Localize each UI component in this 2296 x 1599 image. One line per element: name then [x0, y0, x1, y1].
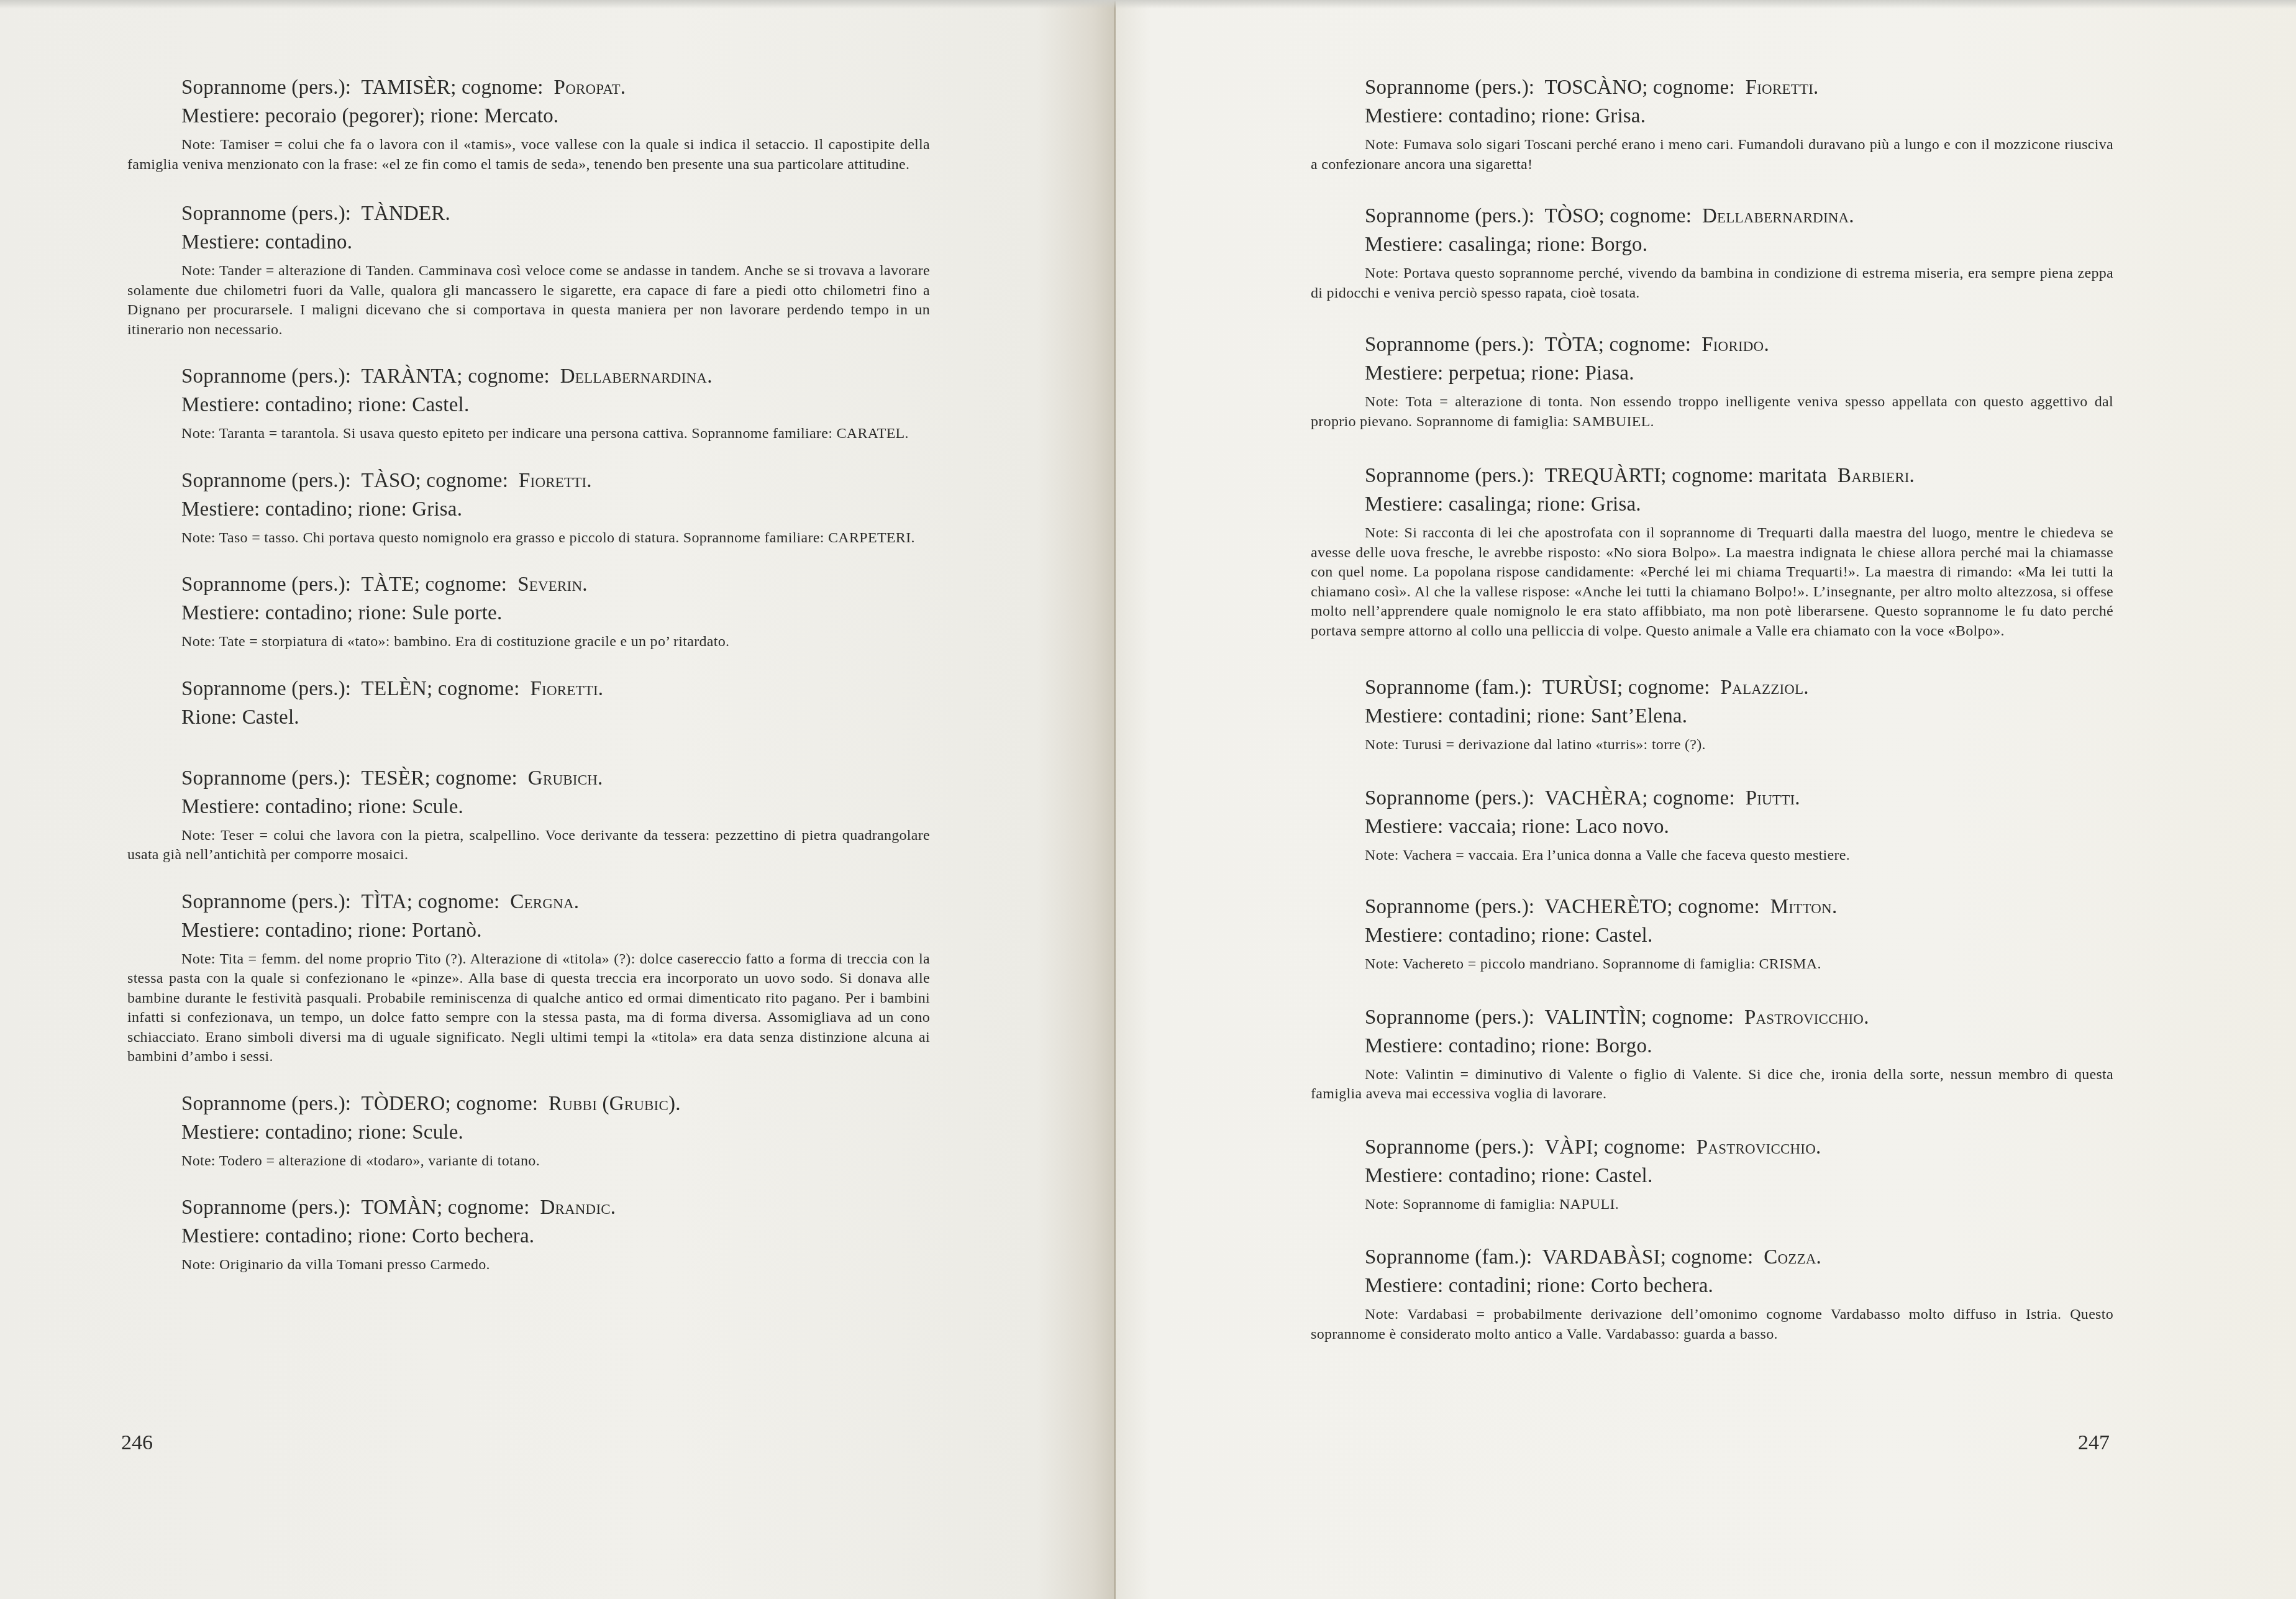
entry-details: Mestiere: contadino; rione: Portanò.	[127, 916, 930, 945]
page-left: Soprannome (pers.): TAMISÈR; cognome: Po…	[0, 0, 1115, 1599]
entry-nickname: VACHERÈTO;	[1545, 896, 1673, 918]
entry-heading: Soprannome (pers.): TÌTA; cognome: Cergn…	[127, 888, 930, 916]
entry-label: Soprannome (pers.):	[1365, 76, 1534, 99]
entry-note: Note: Tander = alterazione di Tanden. Ca…	[127, 262, 930, 340]
entry: Soprannome (fam.): VARDABÀSI; cognome: C…	[1311, 1243, 2113, 1344]
entry: Soprannome (pers.): TESÈR; cognome: Grub…	[127, 764, 930, 865]
entry-surname-wrap: cognome: Fioretti.	[421, 470, 592, 492]
entry-nickname: TELÈN;	[362, 678, 433, 700]
entry: Soprannome (pers.): TOMÀN; cognome: Dran…	[127, 1193, 930, 1275]
entry-surname: Fioretti	[1746, 76, 1813, 99]
entry-details: Mestiere: contadino; rione: Grisa.	[1311, 102, 2113, 130]
entry-heading: Soprannome (pers.): TÀTE; cognome: Sever…	[127, 570, 930, 599]
entry-heading: Soprannome (fam.): VARDABÀSI; cognome: C…	[1311, 1243, 2113, 1272]
entry-heading: Soprannome (pers.): TESÈR; cognome: Grub…	[127, 764, 930, 793]
entry-label: Soprannome (pers.):	[1365, 205, 1534, 227]
entry-heading: Soprannome (pers.): TREQUÀRTI; cognome: …	[1311, 462, 2113, 490]
entry-surname-wrap: cognome: Poropat.	[457, 76, 626, 99]
entry-note: Note: Turusi = derivazione dal latino «t…	[1311, 736, 2113, 755]
page-number: 247	[2078, 1431, 2110, 1455]
entry-note: Note: Soprannome di famiglia: NAPULI.	[1311, 1195, 2113, 1215]
entry-details: Mestiere: contadino.	[127, 228, 930, 257]
entry: Soprannome (pers.): TÒSO; cognome: Della…	[1311, 202, 2113, 303]
entry-label: Soprannome (pers.):	[1365, 787, 1534, 809]
entry-details: Rione: Castel.	[127, 703, 930, 732]
entry-heading: Soprannome (pers.): TARÀNTA; cognome: De…	[127, 362, 930, 391]
entry-heading: Soprannome (fam.): TURÙSI; cognome: Pala…	[1311, 673, 2113, 702]
entry-note: Note: Tita = femm. del nome proprio Tito…	[127, 950, 930, 1067]
entry-note: Note: Tota = alterazione di tonta. Non e…	[1311, 393, 2113, 432]
entry-note: Note: Teser = colui che lavora con la pi…	[127, 826, 930, 865]
entry-surname-wrap: cognome: Dellabernardina.	[1605, 205, 1854, 227]
entry-label: Soprannome (fam.):	[1365, 676, 1532, 699]
entry-details: Mestiere: vaccaia; rione: Laco novo.	[1311, 813, 2113, 841]
entry-surname: Barbieri	[1838, 465, 1910, 487]
entry-surname-wrap: cognome: Fiorido.	[1604, 334, 1769, 356]
entry-surname-wrap: cognome: Piutti.	[1648, 787, 1800, 809]
entry-note: Note: Taso = tasso. Chi portava questo n…	[127, 529, 930, 549]
entry-note: Note: Tamiser = colui che fa o lavora co…	[127, 135, 930, 175]
entry-surname: Dellabernardina	[560, 365, 707, 388]
entry-note: Note: Vachereto = piccolo mandriano. Sop…	[1311, 955, 2113, 975]
entry-surname: Rubbi (Grubic)	[549, 1093, 675, 1115]
entry-surname: Cozza	[1764, 1246, 1816, 1269]
entry-heading: Soprannome (pers.): TOSCÀNO; cognome: Fi…	[1311, 73, 2113, 102]
entry-surname-wrap: cognome: Dellabernardina.	[463, 365, 713, 388]
scan-edge-shadow	[0, 0, 2296, 9]
entry-heading: Soprannome (pers.): TAMISÈR; cognome: Po…	[127, 73, 930, 102]
entry-surname-wrap: cognome: Mitton.	[1673, 896, 1838, 918]
entry-note: Note: Todero = alterazione di «todaro», …	[127, 1152, 930, 1172]
entry: Soprannome (pers.): TARÀNTA; cognome: De…	[127, 362, 930, 444]
entry-label: Soprannome (pers.):	[1365, 465, 1534, 487]
entry-details: Mestiere: contadino; rione: Grisa.	[127, 495, 930, 524]
book-spread: Soprannome (pers.): TAMISÈR; cognome: Po…	[0, 0, 2296, 1599]
entry-label: Soprannome (pers.):	[1365, 896, 1534, 918]
entry-label: Soprannome (pers.):	[1365, 334, 1534, 356]
entry-label: Soprannome (fam.):	[1365, 1246, 1532, 1269]
entry-surname-wrap: cognome: Fioretti.	[1648, 76, 1819, 99]
entry-surname: Fiorido	[1701, 334, 1764, 356]
entry: Soprannome (pers.): TÀNDER. Mestiere: co…	[127, 199, 930, 340]
entry-nickname: TOSCÀNO;	[1545, 76, 1648, 99]
entry-details: Mestiere: contadino; rione: Castel.	[127, 391, 930, 419]
entry-nickname: VÀPI;	[1545, 1136, 1599, 1159]
entry-surname: Piutti	[1746, 787, 1795, 809]
entry-nickname: TESÈR;	[362, 767, 430, 790]
entry: Soprannome (pers.): VALINTÌN; cognome: P…	[1311, 1003, 2113, 1105]
entry-surname-wrap: cognome: Grubich.	[430, 767, 603, 790]
entry-surname-wrap: cognome: Rubbi (Grubic).	[451, 1093, 681, 1115]
entry-label: Soprannome (pers.):	[181, 1196, 351, 1219]
entry: Soprannome (pers.): TELÈN; cognome: Fior…	[127, 675, 930, 732]
entry-nickname: VARDABÀSI;	[1542, 1246, 1666, 1269]
entry-nickname: TREQUÀRTI;	[1545, 465, 1667, 487]
entry-heading: Soprannome (pers.): VÀPI; cognome: Pastr…	[1311, 1133, 2113, 1162]
entry-surname-wrap: cognome: Cozza.	[1666, 1246, 1821, 1269]
entry-label: Soprannome (pers.):	[181, 203, 351, 225]
entry-heading: Soprannome (pers.): VACHERÈTO; cognome: …	[1311, 893, 2113, 921]
entry-note: Note: Originario da villa Tomani presso …	[127, 1255, 930, 1275]
entry: Soprannome (pers.): TÀTE; cognome: Sever…	[127, 570, 930, 652]
entry: Soprannome (fam.): TURÙSI; cognome: Pala…	[1311, 673, 2113, 755]
entry-details: Mestiere: contadini; rione: Sant’Elena.	[1311, 702, 2113, 731]
entry-details: Mestiere: contadino; rione: Castel.	[1311, 921, 2113, 950]
entry-surname: Fioretti	[530, 678, 598, 700]
entry-note: Note: Tate = storpiatura di «tato»: bamb…	[127, 632, 930, 652]
entry-nickname: TOMÀN;	[362, 1196, 443, 1219]
entry-nickname: TARÀNTA;	[362, 365, 463, 388]
entry-heading: Soprannome (pers.): TÒTA; cognome: Fiori…	[1311, 330, 2113, 359]
entry: Soprannome (pers.): TÌTA; cognome: Cergn…	[127, 888, 930, 1067]
entry-nickname: TÌTA;	[362, 891, 413, 913]
entry: Soprannome (pers.): VACHÈRA; cognome: Pi…	[1311, 784, 2113, 866]
book-spine	[1114, 0, 1116, 1599]
entry-heading: Soprannome (pers.): VACHÈRA; cognome: Pi…	[1311, 784, 2113, 813]
entry-surname: Pastrovicchio	[1697, 1136, 1816, 1159]
entry-surname: Drandic	[540, 1196, 610, 1219]
entry-label: Soprannome (pers.):	[1365, 1136, 1534, 1159]
entry-surname: Cergna	[510, 891, 573, 913]
entry-heading: Soprannome (pers.): TÒSO; cognome: Della…	[1311, 202, 2113, 230]
entry-heading: Soprannome (pers.): TOMÀN; cognome: Dran…	[127, 1193, 930, 1222]
entry-surname: Pastrovicchio	[1744, 1006, 1864, 1029]
entry-surname-wrap: cognome: Cergna.	[412, 891, 579, 913]
entry-nickname: TÀNDER.	[362, 203, 450, 225]
page-right: Soprannome (pers.): TOSCÀNO; cognome: Fi…	[1115, 0, 2296, 1599]
entry: Soprannome (pers.): TÀSO; cognome: Fiore…	[127, 467, 930, 549]
page-number: 246	[121, 1431, 153, 1455]
entry-surname-wrap: cognome: Pastrovicchio.	[1647, 1006, 1869, 1029]
entry-label: Soprannome (pers.):	[181, 470, 351, 492]
entry-surname-wrap: cognome: maritata Barbieri.	[1667, 465, 1915, 487]
entry-heading: Soprannome (pers.): TÀNDER.	[127, 199, 930, 228]
entry-details: Mestiere: casalinga; rione: Borgo.	[1311, 230, 2113, 259]
entry-note: Note: Taranta = tarantola. Si usava ques…	[127, 424, 930, 444]
entry-label: Soprannome (pers.):	[181, 767, 351, 790]
entry: Soprannome (pers.): TÒDERO; cognome: Rub…	[127, 1090, 930, 1172]
entry-surname: Poropat	[554, 76, 621, 99]
entry-nickname: TURÙSI;	[1542, 676, 1623, 699]
entry-heading: Soprannome (pers.): VALINTÌN; cognome: P…	[1311, 1003, 2113, 1032]
entry-details: Mestiere: perpetua; rione: Piasa.	[1311, 359, 2113, 388]
entry-details: Mestiere: pecoraio (pegorer); rione: Mer…	[127, 102, 930, 130]
entry-details: Mestiere: casalinga; rione: Grisa.	[1311, 490, 2113, 519]
entry-surname-wrap: cognome: Drandic.	[442, 1196, 616, 1219]
entry-label: Soprannome (pers.):	[181, 678, 351, 700]
entry: Soprannome (pers.): TREQUÀRTI; cognome: …	[1311, 462, 2113, 641]
entry-details: Mestiere: contadino; rione: Borgo.	[1311, 1032, 2113, 1060]
entry-details: Mestiere: contadino; rione: Sule porte.	[127, 599, 930, 627]
entry-note: Note: Vardabasi = probabilmente derivazi…	[1311, 1305, 2113, 1344]
entry-surname: Palazziol	[1721, 676, 1804, 699]
entry-note: Note: Vachera = vaccaia. Era l’unica don…	[1311, 846, 2113, 866]
entry-label: Soprannome (pers.):	[181, 573, 351, 596]
entry: Soprannome (pers.): VÀPI; cognome: Pastr…	[1311, 1133, 2113, 1215]
entry-heading: Soprannome (pers.): TÀSO; cognome: Fiore…	[127, 467, 930, 495]
entry-note: Note: Valintin = diminutivo di Valente o…	[1311, 1065, 2113, 1105]
entry-label: Soprannome (pers.):	[181, 891, 351, 913]
entry: Soprannome (pers.): TOSCÀNO; cognome: Fi…	[1311, 73, 2113, 175]
entry-details: Mestiere: contadino; rione: Scule.	[127, 793, 930, 821]
page-left-text: Soprannome (pers.): TAMISÈR; cognome: Po…	[127, 73, 930, 1275]
entry-note: Note: Portava questo soprannome perché, …	[1311, 264, 2113, 303]
entry-heading: Soprannome (pers.): TELÈN; cognome: Fior…	[127, 675, 930, 703]
entry-label: Soprannome (pers.):	[181, 365, 351, 388]
entry-details: Mestiere: contadini; rione: Corto becher…	[1311, 1272, 2113, 1300]
entry-surname: Grubich	[528, 767, 598, 790]
entry-label: Soprannome (pers.):	[1365, 1006, 1534, 1029]
entry: Soprannome (pers.): TAMISÈR; cognome: Po…	[127, 73, 930, 175]
entry-details: Mestiere: contadino; rione: Castel.	[1311, 1162, 2113, 1190]
entry-nickname: TAMISÈR;	[362, 76, 457, 99]
entry-label: Soprannome (pers.):	[181, 1093, 351, 1115]
entry: Soprannome (pers.): TÒTA; cognome: Fiori…	[1311, 330, 2113, 432]
entry-surname: Fioretti	[519, 470, 586, 492]
entry-surname-wrap: cognome: Severin.	[420, 573, 588, 596]
entry-details: Mestiere: contadino; rione: Corto becher…	[127, 1222, 930, 1250]
entry-surname: Mitton	[1770, 896, 1832, 918]
entry: Soprannome (pers.): VACHERÈTO; cognome: …	[1311, 893, 2113, 975]
entry-nickname: TÀTE;	[362, 573, 420, 596]
entry-heading: Soprannome (pers.): TÒDERO; cognome: Rub…	[127, 1090, 930, 1118]
entry-surname-wrap: cognome: Pastrovicchio.	[1599, 1136, 1821, 1159]
entry-details: Mestiere: contadino; rione: Scule.	[127, 1118, 930, 1147]
entry-label: Soprannome (pers.):	[181, 76, 351, 99]
entry-surname: Severin	[517, 573, 582, 596]
entry-nickname: TÀSO;	[362, 470, 421, 492]
entry-nickname: VACHÈRA;	[1545, 787, 1648, 809]
page-right-text: Soprannome (pers.): TOSCÀNO; cognome: Fi…	[1311, 73, 2113, 1344]
entry-nickname: TÒTA;	[1545, 334, 1605, 356]
entry-note: Note: Si racconta di lei che apostrofata…	[1311, 524, 2113, 641]
entry-surname: Dellabernardina	[1702, 205, 1849, 227]
entry-surname-wrap: cognome: Fioretti.	[432, 678, 603, 700]
entry-nickname: TÒDERO;	[362, 1093, 451, 1115]
entry-note: Note: Fumava solo sigari Toscani perché …	[1311, 135, 2113, 175]
entry-surname-wrap: cognome: Palazziol.	[1623, 676, 1808, 699]
entry-nickname: TÒSO;	[1545, 205, 1605, 227]
entry-nickname: VALINTÌN;	[1545, 1006, 1647, 1029]
